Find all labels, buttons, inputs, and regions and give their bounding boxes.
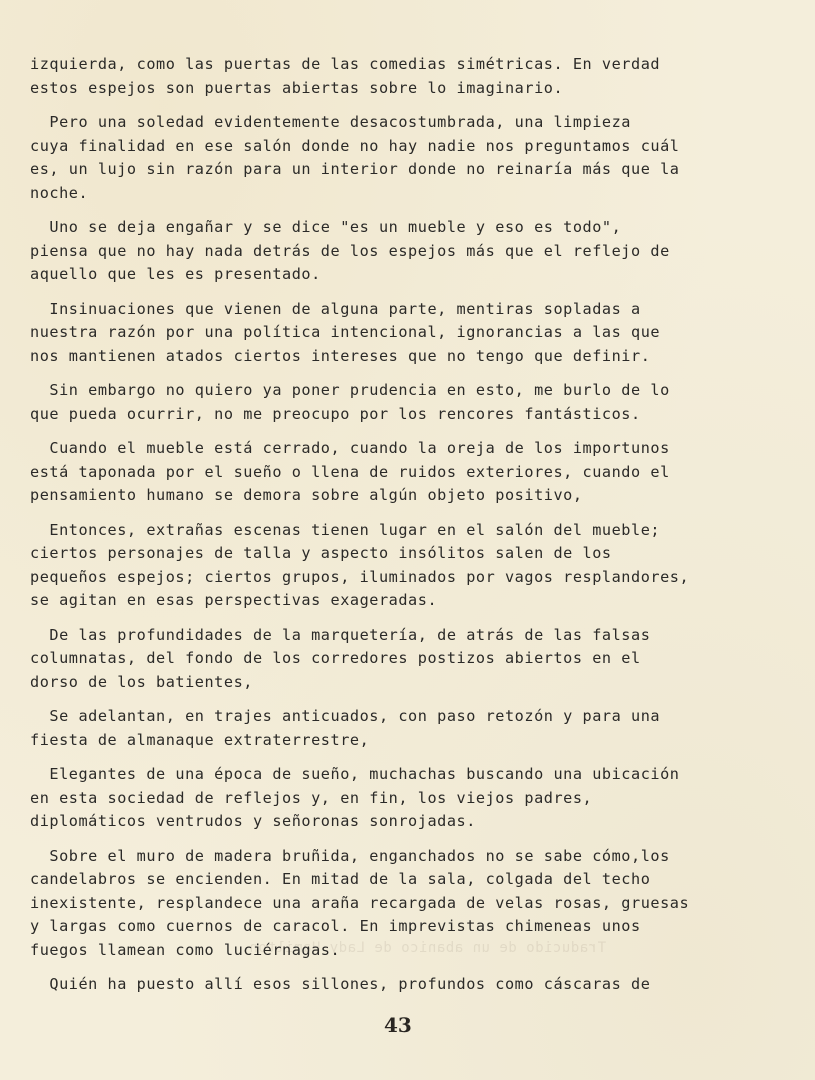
text-line: aquello que les es presentado. [30,263,790,287]
text-line: Quién ha puesto allí esos sillones, prof… [30,973,790,997]
paragraph: Elegantes de una época de sueño, muchach… [30,763,790,834]
text-line: se agitan en esas perspectivas exagerada… [30,589,790,613]
paragraph: Uno se deja engañar y se dice "es un mue… [30,216,790,287]
paragraph: Quién ha puesto allí esos sillones, prof… [30,973,790,997]
paragraph: Sin embargo no quiero ya poner prudencia… [30,379,790,426]
body-text: izquierda, como las puertas de las comed… [30,53,790,1008]
text-line: De las profundidades de la marquetería, … [30,624,790,648]
text-line: estos espejos son puertas abiertas sobre… [30,77,790,101]
text-line: Pero una soledad evidentemente desacostu… [30,111,790,135]
text-line: nuestra razón por una política intencion… [30,321,790,345]
text-line: inexistente, resplandece una araña recar… [30,892,790,916]
page-number: 43 [384,1013,412,1037]
text-line: pequeños espejos; ciertos grupos, ilumin… [30,566,790,590]
text-line: Sobre el muro de madera bruñida, enganch… [30,845,790,869]
text-line: y largas como cuernos de caracol. En imp… [30,915,790,939]
text-line: Cuando el mueble está cerrado, cuando la… [30,437,790,461]
text-line: cuya finalidad en ese salón donde no hay… [30,135,790,159]
text-line: ciertos personajes de talla y aspecto in… [30,542,790,566]
text-line: noche. [30,182,790,206]
text-line: columnatas, del fondo de los corredores … [30,647,790,671]
text-line: piensa que no hay nada detrás de los esp… [30,240,790,264]
text-line: está taponada por el sueño o llena de ru… [30,461,790,485]
text-line: izquierda, como las puertas de las comed… [30,53,790,77]
text-line: fuegos llamean como luciérnagas. [30,939,790,963]
text-line: nos mantienen atados ciertos intereses q… [30,345,790,369]
text-line: en esta sociedad de reflejos y, en fin, … [30,787,790,811]
paragraph: Se adelantan, en trajes anticuados, con … [30,705,790,752]
text-line: Insinuaciones que vienen de alguna parte… [30,298,790,322]
text-line: fiesta de almanaque extraterrestre, [30,729,790,753]
text-line: Elegantes de una época de sueño, muchach… [30,763,790,787]
paragraph: Cuando el mueble está cerrado, cuando la… [30,437,790,508]
paragraph: Insinuaciones que vienen de alguna parte… [30,298,790,369]
paragraph: izquierda, como las puertas de las comed… [30,53,790,100]
text-line: es, un lujo sin razón para un interior d… [30,158,790,182]
paragraph: De las profundidades de la marquetería, … [30,624,790,695]
text-line: Se adelantan, en trajes anticuados, con … [30,705,790,729]
paragraph: Sobre el muro de madera bruñida, enganch… [30,845,790,963]
text-line: Uno se deja engañar y se dice "es un mue… [30,216,790,240]
text-line: diplomáticos ventrudos y señoronas sonro… [30,810,790,834]
document-page: Traducido de un abanico de Lady Hamilton… [0,0,815,1080]
text-line: pensamiento humano se demora sobre algún… [30,484,790,508]
text-line: que pueda ocurrir, no me preocupo por lo… [30,403,790,427]
paragraph: Entonces, extrañas escenas tienen lugar … [30,519,790,613]
text-line: dorso de los batientes, [30,671,790,695]
paragraph: Pero una soledad evidentemente desacostu… [30,111,790,205]
text-line: Sin embargo no quiero ya poner prudencia… [30,379,790,403]
text-line: candelabros se encienden. En mitad de la… [30,868,790,892]
text-line: Entonces, extrañas escenas tienen lugar … [30,519,790,543]
